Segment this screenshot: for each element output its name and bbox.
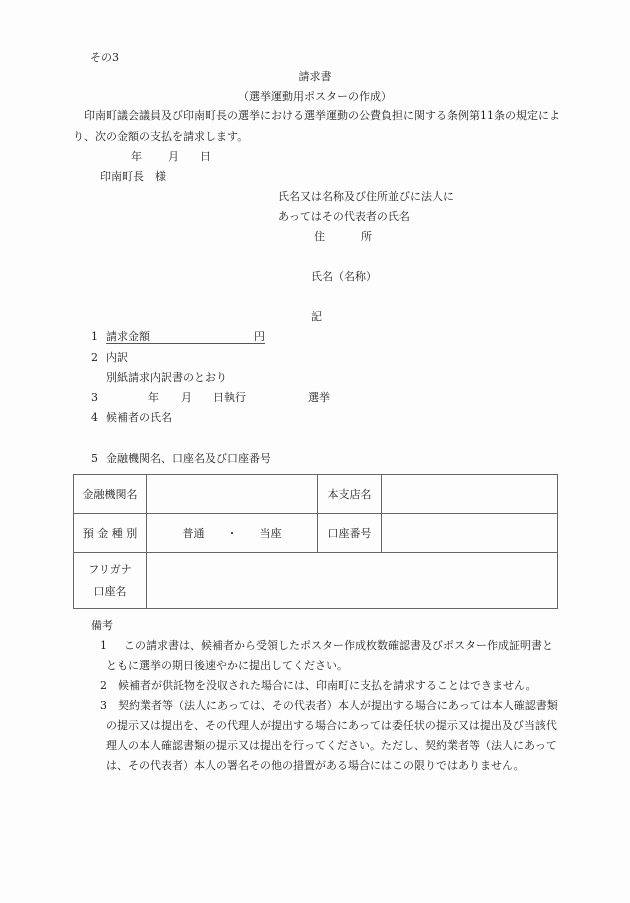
document-subtitle: （選挙運動用ポスターの作成） [0,91,630,102]
table-row: フリガナ 口座名 [74,553,558,609]
candidate-name-label: 候補者の氏名 [106,412,172,423]
date-day-label: 日 [200,151,211,162]
account-name-field[interactable] [147,553,558,609]
branch-name-field[interactable] [382,475,558,514]
claimant-label-line2: あってはその代表者の氏名 [278,211,410,222]
deposit-type-label: 預 金 種 別 [74,514,147,553]
item5-number: 5 [91,453,98,464]
remark-item-1: 1 この請求書は、候補者から受領したポスター作成枚数確認書及びポスター作成証明書… [100,636,560,676]
item1-number: 1 [91,331,98,342]
account-number-label: 口座番号 [318,514,382,553]
item2-number: 2 [91,352,98,363]
addressee: 印南町長 様 [100,171,166,182]
intro-text-line2: り、次の金額の支払を請求します。 [73,131,248,142]
remark-number: 1 [100,636,107,656]
election-month-label: 月 [181,392,192,403]
claimant-label-line1: 氏名又は名称及び住所並びに法人に [278,191,454,202]
intro-text-line1: 印南町議会議員及び印南町長の選挙における選挙運動の公費負担に関する条例第11条の… [84,110,560,121]
deposit-type-options[interactable]: 普通 ・ 当座 [147,514,318,553]
date-month-label: 月 [168,151,179,162]
date-year-label: 年 [131,151,142,162]
remark-number: 2 [100,676,107,696]
remark-text: この請求書は、候補者から受領したポスター作成枚数確認書及びポスター作成証明書とと… [100,636,560,676]
election-day-label: 日執行 [213,392,246,403]
remark-number: 3 [100,696,107,716]
bank-name-field[interactable] [147,475,318,514]
bank-name-label: 金融機関名 [74,475,147,514]
branch-name-label: 本支店名 [318,475,382,514]
account-name-label: 口座名 [74,581,146,603]
claim-amount-field: 請求金額 円 [106,331,265,344]
remark-item-3: 3 契約業者等（法人にあっては、その代表者）本人が提出する場合にあっては本人確認… [100,696,560,776]
breakdown-label: 内訳 [106,352,128,363]
item4-number: 4 [91,412,98,423]
bank-info-label: 金融機関名、口座名及び口座番号 [106,453,271,464]
remark-text: 候補者が供託物を没収された場合には、印南町に支払を請求することはできません。 [100,676,560,696]
election-year-label: 年 [148,392,159,403]
form-number: その3 [90,52,119,63]
claim-amount-label: 請求金額 [106,330,150,343]
breakdown-detail: 別紙請求内訳書のとおり [106,372,227,383]
address-label-2: 所 [361,231,372,242]
election-label: 選挙 [308,392,330,403]
remark-item-2: 2 候補者が供託物を没収された場合には、印南町に支払を請求することはできません。 [100,676,560,696]
table-row: 金融機関名 本支店名 [74,475,558,514]
name-label: 氏名（名称） [311,271,377,282]
table-row: 預 金 種 別 普通 ・ 当座 口座番号 [74,514,558,553]
yen-unit: 円 [254,331,265,342]
remark-text: 契約業者等（法人にあっては、その代表者）本人が提出する場合にあっては本人確認書類… [100,696,560,776]
furigana-label: フリガナ [74,559,146,581]
bank-account-table: 金融機関名 本支店名 預 金 種 別 普通 ・ 当座 口座番号 フリガナ 口座名 [73,474,558,609]
ki-heading: 記 [311,311,322,322]
remarks-heading: 備考 [91,620,113,631]
document-title: 請求書 [0,71,630,82]
address-label-1: 住 [314,231,325,242]
account-name-label-cell: フリガナ 口座名 [74,553,147,609]
account-number-field[interactable] [382,514,558,553]
item3-number: 3 [91,392,98,403]
